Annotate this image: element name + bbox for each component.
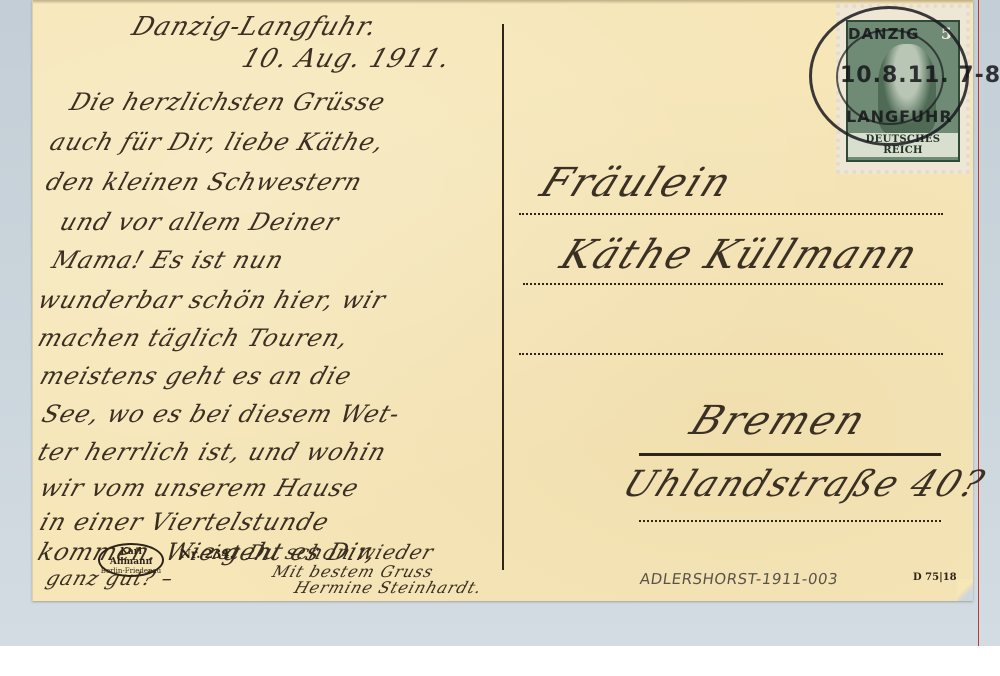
message-line: machen täglich Touren, (34, 324, 352, 352)
address-salutation: Fräulein (534, 160, 740, 206)
message-line: Die herzlichsten Grüsse (66, 88, 389, 116)
margin-rule (978, 0, 979, 646)
message-line: auch für Dir, liebe Käthe, (46, 128, 388, 156)
address-line-3 (519, 353, 943, 355)
publisher-city: Berlin-Friedenau (100, 567, 162, 575)
message-line: den kleinen Schwestern (42, 168, 366, 196)
message-line: ist Du schon wieder (209, 540, 437, 564)
address-line-1 (519, 213, 943, 215)
city-underline (639, 453, 941, 456)
message-line: Mama! Es ist nun (48, 246, 287, 274)
postcard: Danzig-Langfuhr. 10. Aug. 1911. Die herz… (32, 0, 973, 601)
address-line-4 (639, 520, 941, 522)
pencil-inventory-note: ADLERSHORST-1911-003 (639, 570, 840, 588)
postmark-date: 10.8.11. 7-8 N (840, 63, 1000, 88)
publisher-logo: Karl Allmann Berlin-Friedenau (98, 543, 164, 577)
postmark-top-text: DANZIG (848, 25, 919, 43)
message-line: in einer Viertelstunde (36, 508, 333, 536)
postmark: DANZIG 10.8.11. 7-8 N LANGFUHR (809, 6, 969, 146)
postmark-bottom-text: LANGFUHR (846, 107, 953, 126)
message-line: See, wo es bei diesem Wet- (38, 400, 404, 428)
message-line: und vor allem Deiner (56, 208, 343, 236)
message-date: 10. Aug. 1911. (238, 44, 454, 74)
print-code: D 75|18 (913, 572, 957, 583)
message-line: ter herrlich ist, und wohin (34, 438, 390, 466)
corner-fold (957, 579, 973, 601)
message-place: Danzig-Langfuhr. (128, 12, 381, 42)
message-line: wunderbar schön hier, wir (34, 286, 389, 314)
address-line-2 (523, 283, 943, 285)
center-divider (502, 24, 504, 570)
address-name: Käthe Küllmann (554, 232, 926, 278)
card-number: Nr. 234. (180, 547, 234, 561)
message-line: meistens geht es an die (36, 362, 355, 390)
message-line: wir vom unserem Hause (36, 474, 363, 502)
address-street: Uhlandstraße 40? (617, 464, 992, 505)
message-signature: Hermine Steinhardt. (292, 578, 485, 597)
publisher-name: Karl Allmann (100, 547, 162, 567)
address-city: Bremen (684, 398, 874, 444)
